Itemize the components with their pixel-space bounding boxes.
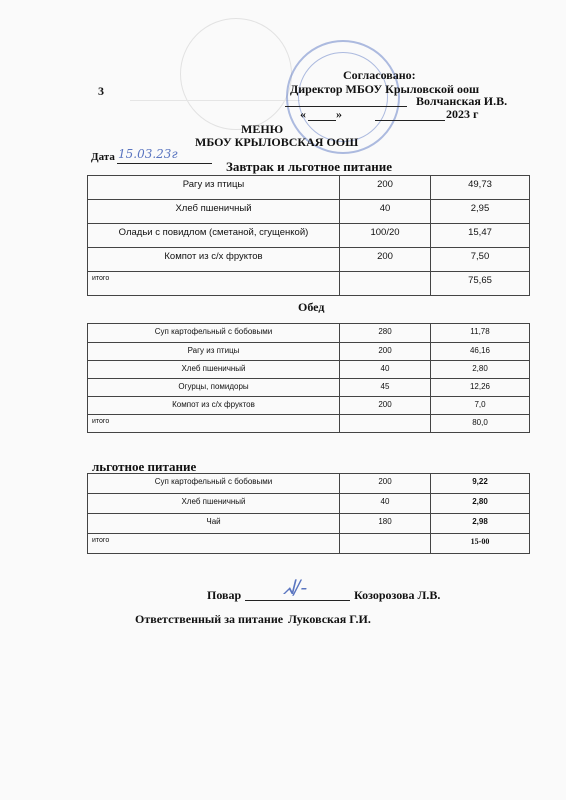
dish-name: Суп картофельный с бобовыми <box>88 324 340 343</box>
dish-qty: 180 <box>340 514 431 534</box>
table-row: Суп картофельный с бобовыми 200 9,22 <box>88 474 530 494</box>
lunch-heading: Обед <box>298 300 324 315</box>
total-row: итого 75,65 <box>88 272 530 296</box>
responsible-label: Ответственный за питание <box>135 612 283 627</box>
table-row: Чай 180 2,98 <box>88 514 530 534</box>
total-qty <box>340 272 431 296</box>
date-quote-close: » <box>336 107 342 122</box>
total-price: 15-00 <box>431 534 530 554</box>
table-row: Компот из с/х фруктов 200 7,0 <box>88 397 530 415</box>
table-row: Огурцы, помидоры 45 12,26 <box>88 379 530 397</box>
school-name: МБОУ КРЫЛОВСКАЯ ООШ <box>195 135 358 150</box>
table-row: Суп картофельный с бобовыми 280 11,78 <box>88 324 530 343</box>
dish-price: 2,95 <box>431 200 530 224</box>
dish-name: Рагу из птицы <box>88 176 340 200</box>
breakfast-table: Рагу из птицы 200 49,73 Хлеб пшеничный 4… <box>87 175 530 296</box>
dish-qty: 45 <box>340 379 431 397</box>
date-label: Дата <box>91 151 115 163</box>
dish-price: 2,80 <box>431 361 530 379</box>
total-qty <box>340 415 431 433</box>
dish-qty: 100/20 <box>340 224 431 248</box>
year: 2023 г <box>446 107 478 122</box>
dish-qty: 200 <box>340 248 431 272</box>
table-row: Хлеб пшеничный 40 2,80 <box>88 361 530 379</box>
total-row: итого 15-00 <box>88 534 530 554</box>
dish-qty: 200 <box>340 474 431 494</box>
dish-price: 2,98 <box>431 514 530 534</box>
cook-signature-icon: ᖽ/- <box>282 575 307 599</box>
benefit-table: Суп картофельный с бобовыми 200 9,22 Хле… <box>87 473 530 554</box>
table-row: Хлеб пшеничный 40 2,80 <box>88 494 530 514</box>
total-label: итого <box>88 415 340 433</box>
dish-price: 2,80 <box>431 494 530 514</box>
dish-qty: 40 <box>340 361 431 379</box>
dish-qty: 40 <box>340 494 431 514</box>
responsible-name: Луковская Г.И. <box>288 612 371 627</box>
dish-name: Оладьи с повидлом (сметаной, сгущенкой) <box>88 224 340 248</box>
table-row: Рагу из птицы 200 49,73 <box>88 176 530 200</box>
date-underline <box>117 163 212 164</box>
dish-name: Компот из с/х фруктов <box>88 248 340 272</box>
month-blank <box>375 120 445 121</box>
dish-price: 11,78 <box>431 324 530 343</box>
dish-name: Компот из с/х фруктов <box>88 397 340 415</box>
date-quote-open: « <box>300 107 306 122</box>
bleed-through-text <box>130 60 300 101</box>
dish-name: Хлеб пшеничный <box>88 200 340 224</box>
table-row: Рагу из птицы 200 46,16 <box>88 343 530 361</box>
dish-name: Чай <box>88 514 340 534</box>
total-price: 75,65 <box>431 272 530 296</box>
page-number: 3 <box>98 84 104 99</box>
dish-qty: 200 <box>340 397 431 415</box>
total-row: итого 80,0 <box>88 415 530 433</box>
dish-price: 12,26 <box>431 379 530 397</box>
dish-price: 7,50 <box>431 248 530 272</box>
lunch-table: Суп картофельный с бобовыми 280 11,78 Ра… <box>87 323 530 433</box>
dish-qty: 200 <box>340 343 431 361</box>
date-value: 15.03.23г <box>118 147 178 161</box>
dish-name: Огурцы, помидоры <box>88 379 340 397</box>
breakfast-heading: Завтрак и льготное питание <box>226 159 392 175</box>
total-price: 80,0 <box>431 415 530 433</box>
total-label: итого <box>88 534 340 554</box>
table-row: Компот из с/х фруктов 200 7,50 <box>88 248 530 272</box>
day-blank <box>308 120 336 121</box>
table-row: Оладьи с повидлом (сметаной, сгущенкой) … <box>88 224 530 248</box>
dish-price: 46,16 <box>431 343 530 361</box>
dish-name: Хлеб пшеничный <box>88 494 340 514</box>
approved-label: Согласовано: <box>343 68 416 83</box>
dish-name: Рагу из птицы <box>88 343 340 361</box>
cook-name: Козорозова Л.В. <box>354 588 440 603</box>
total-qty <box>340 534 431 554</box>
dish-qty: 280 <box>340 324 431 343</box>
cook-label: Повар <box>207 588 241 603</box>
dish-price: 9,22 <box>431 474 530 494</box>
cook-signature-line <box>245 600 350 601</box>
dish-price: 49,73 <box>431 176 530 200</box>
dish-name: Хлеб пшеничный <box>88 361 340 379</box>
table-row: Хлеб пшеничный 40 2,95 <box>88 200 530 224</box>
dish-qty: 200 <box>340 176 431 200</box>
dish-name: Суп картофельный с бобовыми <box>88 474 340 494</box>
total-label: итого <box>88 272 340 296</box>
dish-qty: 40 <box>340 200 431 224</box>
dish-price: 7,0 <box>431 397 530 415</box>
dish-price: 15,47 <box>431 224 530 248</box>
